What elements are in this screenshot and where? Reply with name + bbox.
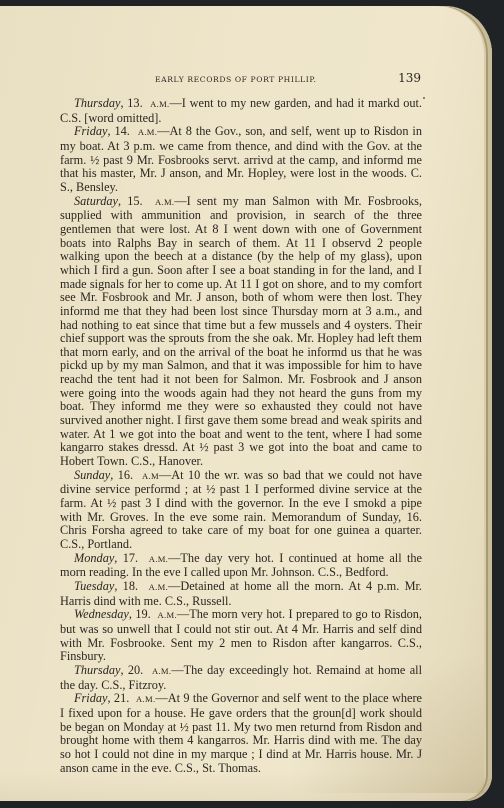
entry-time: A.M. <box>158 610 177 620</box>
entry-day: Wednesday <box>74 607 129 621</box>
entry-time: A.M. <box>136 694 155 704</box>
entry-date: , 14. <box>107 124 129 138</box>
entry-date: , 15. <box>118 194 143 208</box>
diary-entry: Saturday, 15. A.M.—I sent my man Salmon … <box>60 195 422 469</box>
paper-speck <box>423 97 425 99</box>
diary-entry: Thursday, 13. A.M.—I went to my new gard… <box>60 97 422 125</box>
diary-entry: Tuesday, 18. A.M.—Detained at home all t… <box>60 580 422 608</box>
entry-time: A.M. <box>150 99 169 109</box>
entry-day: Sunday <box>74 468 110 482</box>
diary-entry: Friday, 14. A.M.—At 8 the Gov., son, and… <box>60 125 422 194</box>
scan-frame: EARLY RECORDS OF PORT PHILLIP. 139 Thurs… <box>0 0 504 808</box>
page-bottom-edge <box>0 771 492 801</box>
entry-day: Tuesday <box>74 579 114 593</box>
entry-time: A.M. <box>149 554 168 564</box>
entry-day: Friday <box>74 691 107 705</box>
entry-time: A.M. <box>138 127 157 137</box>
page-number: 139 <box>398 71 421 85</box>
entry-date: , 16. <box>110 468 133 482</box>
entry-date: , 21. <box>107 691 129 705</box>
entry-time: A.M. <box>149 582 168 592</box>
entry-day: Thursday <box>74 96 120 110</box>
entry-date: , 20. <box>120 663 143 677</box>
running-head: EARLY RECORDS OF PORT PHILLIP. 139 <box>60 74 421 88</box>
diary-text: Thursday, 13. A.M.—I went to my new gard… <box>60 97 422 775</box>
entry-time: A.M. <box>155 197 174 207</box>
entry-date: , 18. <box>114 579 138 593</box>
entry-date: , 17. <box>114 551 138 565</box>
diary-entry: Friday, 21. A.M.—At 9 the Governor and s… <box>60 692 422 775</box>
diary-entry: Sunday, 16. A.M—At 10 the wr. was so bad… <box>60 469 422 552</box>
entry-day: Friday <box>74 124 107 138</box>
entry-text: —I sent my man Salmon with Mr. Fosbrooks… <box>60 194 422 468</box>
entry-day: Monday <box>74 551 114 565</box>
entry-time: A.M <box>142 471 159 481</box>
entry-day: Saturday <box>74 194 118 208</box>
entry-day: Thursday <box>74 663 120 677</box>
entry-date: , 13. <box>120 96 142 110</box>
entry-date: , 19. <box>129 607 151 621</box>
diary-entry: Thursday, 20. A.M.—The day exceedingly h… <box>60 664 422 692</box>
running-title: EARLY RECORDS OF PORT PHILLIP. <box>155 75 317 84</box>
diary-entry: Monday, 17. A.M.—The day very hot. I con… <box>60 552 422 580</box>
diary-entry: Wednesday, 19. A.M.—The morn very hot. I… <box>60 608 422 664</box>
entry-time: A.M. <box>152 666 171 676</box>
